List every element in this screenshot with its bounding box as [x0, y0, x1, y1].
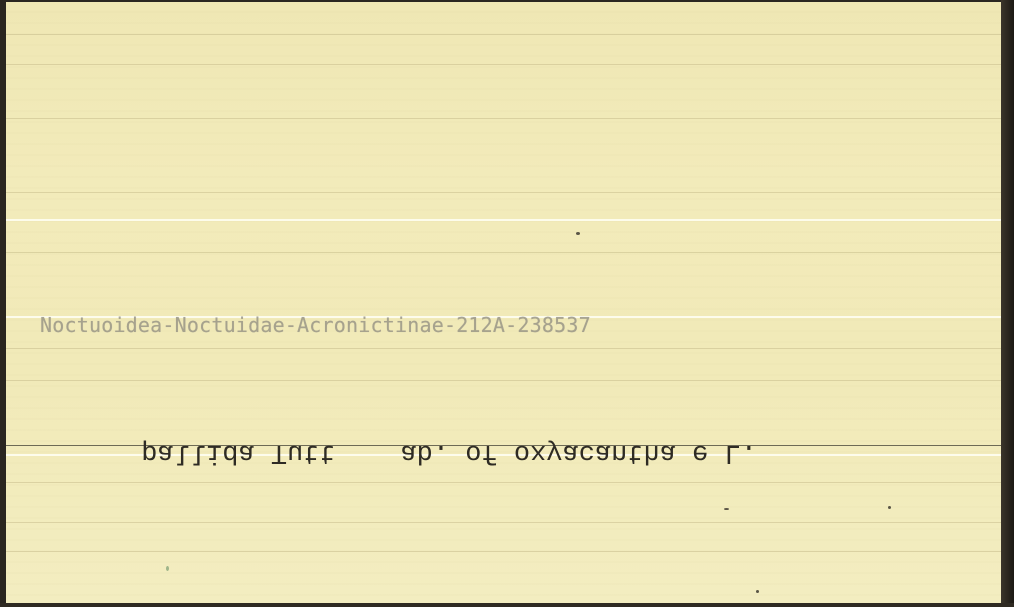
ruled-line [6, 522, 1001, 523]
taxonomy-classification-text: Noctuoidea-Noctuidae-Acronictinae-212A-2… [40, 313, 591, 337]
ink-speck [888, 506, 891, 509]
scan-edge-shadow [1001, 0, 1014, 607]
ruled-line [6, 252, 1001, 253]
ruled-line [6, 219, 1001, 221]
ink-speck [576, 232, 580, 235]
species-name-text: pallida Tutt ab. of oxyacantha e L. [141, 437, 757, 467]
ink-speck [724, 508, 729, 510]
ruled-line [6, 380, 1001, 381]
ink-speck [756, 590, 759, 593]
species-name-text-flipped: pallida Tutt ab. of oxyacantha e L. [44, 407, 757, 497]
ruled-line [6, 192, 1001, 193]
ruled-line [6, 348, 1001, 349]
card-scan: Noctuoidea-Noctuidae-Acronictinae-212A-2… [0, 0, 1014, 607]
ruled-line [6, 64, 1001, 65]
index-card: Noctuoidea-Noctuidae-Acronictinae-212A-2… [6, 2, 1001, 603]
ruled-line [6, 118, 1001, 119]
ink-speck [166, 566, 169, 571]
ruled-line [6, 34, 1001, 35]
ruled-line [6, 551, 1001, 552]
scan-edge-shadow [0, 603, 1014, 607]
